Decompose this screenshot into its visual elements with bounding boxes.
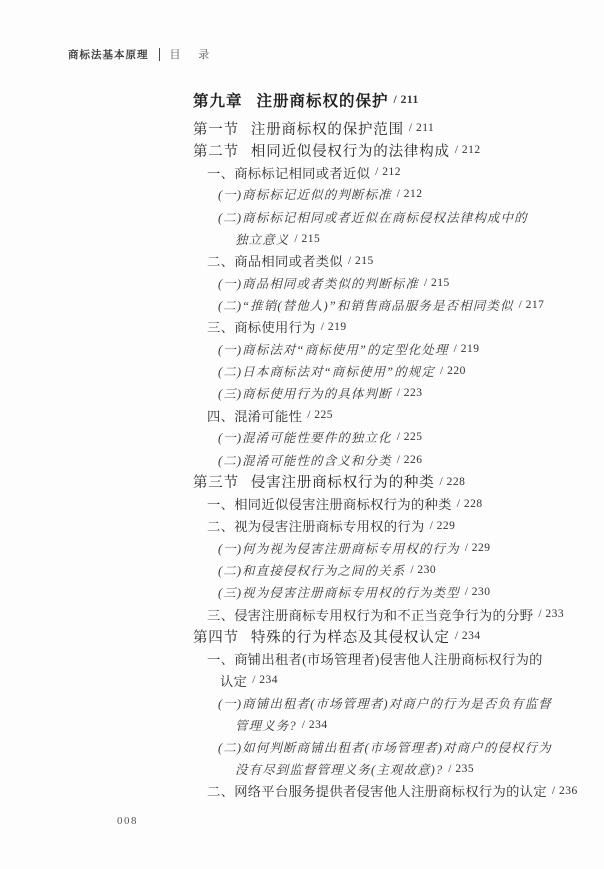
toc-entry: 三、商标使用行为/ 219 bbox=[193, 316, 583, 338]
toc-entry-pageref: / 217 bbox=[519, 299, 545, 311]
toc-entry: 一、商标标记相同或者近似/ 212 bbox=[193, 161, 583, 183]
toc-entry-title: 三、侵害注册商标专用权行为和不正当竞争行为的分野 bbox=[207, 605, 533, 624]
toc-entry: 二、网络平台服务提供者侵害他人注册商标权行为的认定/ 236 bbox=[193, 780, 583, 802]
toc-entry-pageref: / 219 bbox=[454, 343, 480, 355]
toc-entry-pageref: / 215 bbox=[424, 277, 450, 289]
toc-entry: (三)视为侵害注册商标专用权的行为类型/ 230 bbox=[193, 581, 583, 603]
toc-entry-pageref: / 212 bbox=[375, 166, 401, 178]
toc-entry-title: (二)混淆可能性的含义和分类 bbox=[218, 451, 392, 469]
toc-entry: 三、侵害注册商标专用权行为和不正当竞争行为的分野/ 233 bbox=[193, 603, 583, 625]
toc-entry-pageref: / 230 bbox=[410, 564, 436, 576]
toc-entry: (一)商品相同或者类似的判断标准/ 215 bbox=[193, 272, 583, 294]
toc-entry-pageref: / 234 bbox=[252, 674, 278, 686]
toc-entry-pageref: / 212 bbox=[455, 144, 481, 156]
toc-entry-title: (二)日本商标法对“商标使用”的规定 bbox=[218, 362, 435, 380]
toc-entry-pageref: / 228 bbox=[457, 498, 483, 510]
toc-entry-title: (一)商标标记近似的判断标准 bbox=[218, 185, 392, 203]
toc-entry-pageref: / 234 bbox=[455, 630, 481, 642]
toc-entry-pageref: / 211 bbox=[409, 122, 434, 134]
toc-entry-title: 三、商标使用行为 bbox=[207, 317, 316, 336]
toc-entry: 一、相同近似侵害注册商标权行为的种类/ 228 bbox=[193, 493, 583, 515]
toc-entry-title: 认定 bbox=[220, 671, 247, 690]
toc-entry: (二)混淆可能性的含义和分类/ 226 bbox=[193, 449, 583, 471]
toc-entry-pageref: / 234 bbox=[302, 719, 328, 731]
toc-entry-label: 第二节 bbox=[193, 140, 239, 161]
book-page: 商标法基本原理 目 录 第九章注册商标权的保护/ 211第一节注册商标权的保护范… bbox=[0, 0, 604, 869]
toc-entry-title: (一)商铺出租者(市场管理者)对商户的行为是否负有监督 bbox=[218, 694, 552, 712]
toc-entry-title: (二)商标标记相同或者近似在商标侵权法律构成中的 bbox=[218, 208, 528, 226]
toc-entry-title: 二、视为侵害注册商标专用权的行为 bbox=[207, 516, 425, 535]
toc-entry: (一)商标标记近似的判断标准/ 212 bbox=[193, 183, 583, 205]
toc-entry: (二)“推销(替他人)”和销售商品服务是否相同类似/ 217 bbox=[193, 294, 583, 316]
toc-entry-title: 一、商铺出租者(市场管理者)侵害他人注册商标权行为的 bbox=[207, 649, 543, 668]
toc-entry: 第九章注册商标权的保护/ 211 bbox=[193, 89, 583, 111]
toc-entry-title: 一、商标标记相同或者近似 bbox=[207, 163, 370, 182]
toc-entry-title: (一)商标法对“商标使用”的定型化处理 bbox=[218, 340, 449, 358]
toc-entry-pageref: / 233 bbox=[538, 608, 564, 620]
toc-entry-title: (二)“推销(替他人)”和销售商品服务是否相同类似 bbox=[218, 296, 514, 314]
toc-entry-pageref: / 230 bbox=[465, 586, 491, 598]
toc-entry-title: (三)视为侵害注册商标专用权的行为类型 bbox=[218, 583, 460, 601]
toc-entry-title: 注册商标权的保护 bbox=[257, 89, 389, 111]
toc-entry: 第一节注册商标权的保护范围/ 211 bbox=[193, 117, 583, 139]
toc-entry-title: 四、混淆可能性 bbox=[207, 406, 302, 425]
toc-entry-pageref: / 229 bbox=[430, 520, 456, 532]
toc-entry-pageref: / 226 bbox=[397, 454, 423, 466]
toc-entry-pageref: / 228 bbox=[440, 476, 466, 488]
toc-entry: 第三节侵害注册商标权行为的种类/ 228 bbox=[193, 471, 583, 493]
toc-entry-title: 相同近似侵权行为的法律构成 bbox=[251, 140, 450, 161]
page-number: 008 bbox=[117, 815, 138, 827]
toc-entry-title: 二、网络平台服务提供者侵害他人注册商标权行为的认定 bbox=[207, 781, 547, 800]
toc-entry-title: 注册商标权的保护范围 bbox=[251, 118, 404, 139]
toc-entry-title: (二)和直接侵权行为之间的关系 bbox=[218, 561, 405, 579]
toc-entry: (三)商标使用行为的具体判断/ 223 bbox=[193, 382, 583, 404]
toc-entry: 第四节特殊的行为样态及其侵权认定/ 234 bbox=[193, 625, 583, 647]
toc-entry-title: (一)混淆可能性要件的独立化 bbox=[218, 428, 392, 446]
header-divider bbox=[159, 48, 160, 61]
toc-entry-pageref: / 235 bbox=[448, 763, 474, 775]
toc-entry: (二)如何判断商铺出租者(市场管理者)对商户的侵权行为没有尽到监督管理义务(主观… bbox=[193, 736, 583, 780]
toc-entry-pageref: / 236 bbox=[552, 785, 578, 797]
toc-entry-label: 第三节 bbox=[193, 471, 239, 492]
toc-entry-title: 管理义务? bbox=[235, 716, 297, 734]
toc-entry: (一)混淆可能性要件的独立化/ 225 bbox=[193, 426, 583, 448]
toc-entry-label: 第九章 bbox=[193, 89, 243, 111]
toc-entry: 第二节相同近似侵权行为的法律构成/ 212 bbox=[193, 139, 583, 161]
toc-entry-label: 第一节 bbox=[193, 118, 239, 139]
toc-entry-pageref: / 223 bbox=[397, 387, 423, 399]
toc-entry-title: (一)商品相同或者类似的判断标准 bbox=[218, 274, 419, 292]
toc-entry: 二、商品相同或者类似/ 215 bbox=[193, 250, 583, 272]
toc-entry: (一)商铺出租者(市场管理者)对商户的行为是否负有监督管理义务?/ 234 bbox=[193, 692, 583, 736]
toc-section-title: 目 录 bbox=[170, 46, 215, 62]
toc-entry: (二)商标标记相同或者近似在商标侵权法律构成中的独立意义/ 215 bbox=[193, 205, 583, 249]
toc-entry-pageref: / 225 bbox=[397, 431, 423, 443]
toc-entry-title: 二、商品相同或者类似 bbox=[207, 251, 343, 270]
toc-entry-pageref: / 220 bbox=[440, 365, 466, 377]
toc-entry-pageref: / 229 bbox=[465, 542, 491, 554]
toc-entry-title: 独立意义 bbox=[235, 230, 289, 248]
toc-entry: 四、混淆可能性/ 225 bbox=[193, 404, 583, 426]
running-header: 商标法基本原理 目 录 bbox=[68, 46, 214, 62]
toc-entry-title: 没有尽到监督管理义务(主观故意)? bbox=[235, 760, 443, 778]
toc-entry-pageref: / 215 bbox=[348, 255, 374, 267]
toc-entry: (一)商标法对“商标使用”的定型化处理/ 219 bbox=[193, 338, 583, 360]
toc-entry-title: (一)何为视为侵害注册商标专用权的行为 bbox=[218, 539, 460, 557]
toc-entry-title: 侵害注册商标权行为的种类 bbox=[251, 471, 435, 492]
book-title: 商标法基本原理 bbox=[68, 47, 149, 62]
toc-entry: 二、视为侵害注册商标专用权的行为/ 229 bbox=[193, 515, 583, 537]
toc-entry: (二)和直接侵权行为之间的关系/ 230 bbox=[193, 559, 583, 581]
toc-entry: (二)日本商标法对“商标使用”的规定/ 220 bbox=[193, 360, 583, 382]
toc-list: 第九章注册商标权的保护/ 211第一节注册商标权的保护范围/ 211第二节相同近… bbox=[193, 89, 583, 802]
toc-entry: (一)何为视为侵害注册商标专用权的行为/ 229 bbox=[193, 537, 583, 559]
toc-entry-pageref: / 211 bbox=[394, 94, 419, 106]
toc-entry-title: (二)如何判断商铺出租者(市场管理者)对商户的侵权行为 bbox=[218, 738, 552, 756]
toc-entry-pageref: / 215 bbox=[294, 233, 320, 245]
toc-entry-label: 第四节 bbox=[193, 626, 239, 647]
toc-entry-pageref: / 212 bbox=[397, 188, 423, 200]
toc-entry-title: 特殊的行为样态及其侵权认定 bbox=[251, 626, 450, 647]
toc-entry-title: (三)商标使用行为的具体判断 bbox=[218, 384, 392, 402]
toc-entry: 一、商铺出租者(市场管理者)侵害他人注册商标权行为的认定/ 234 bbox=[193, 647, 583, 691]
toc-entry-pageref: / 225 bbox=[307, 409, 333, 421]
toc-entry-pageref: / 219 bbox=[321, 321, 347, 333]
toc-entry-title: 一、相同近似侵害注册商标权行为的种类 bbox=[207, 494, 452, 513]
